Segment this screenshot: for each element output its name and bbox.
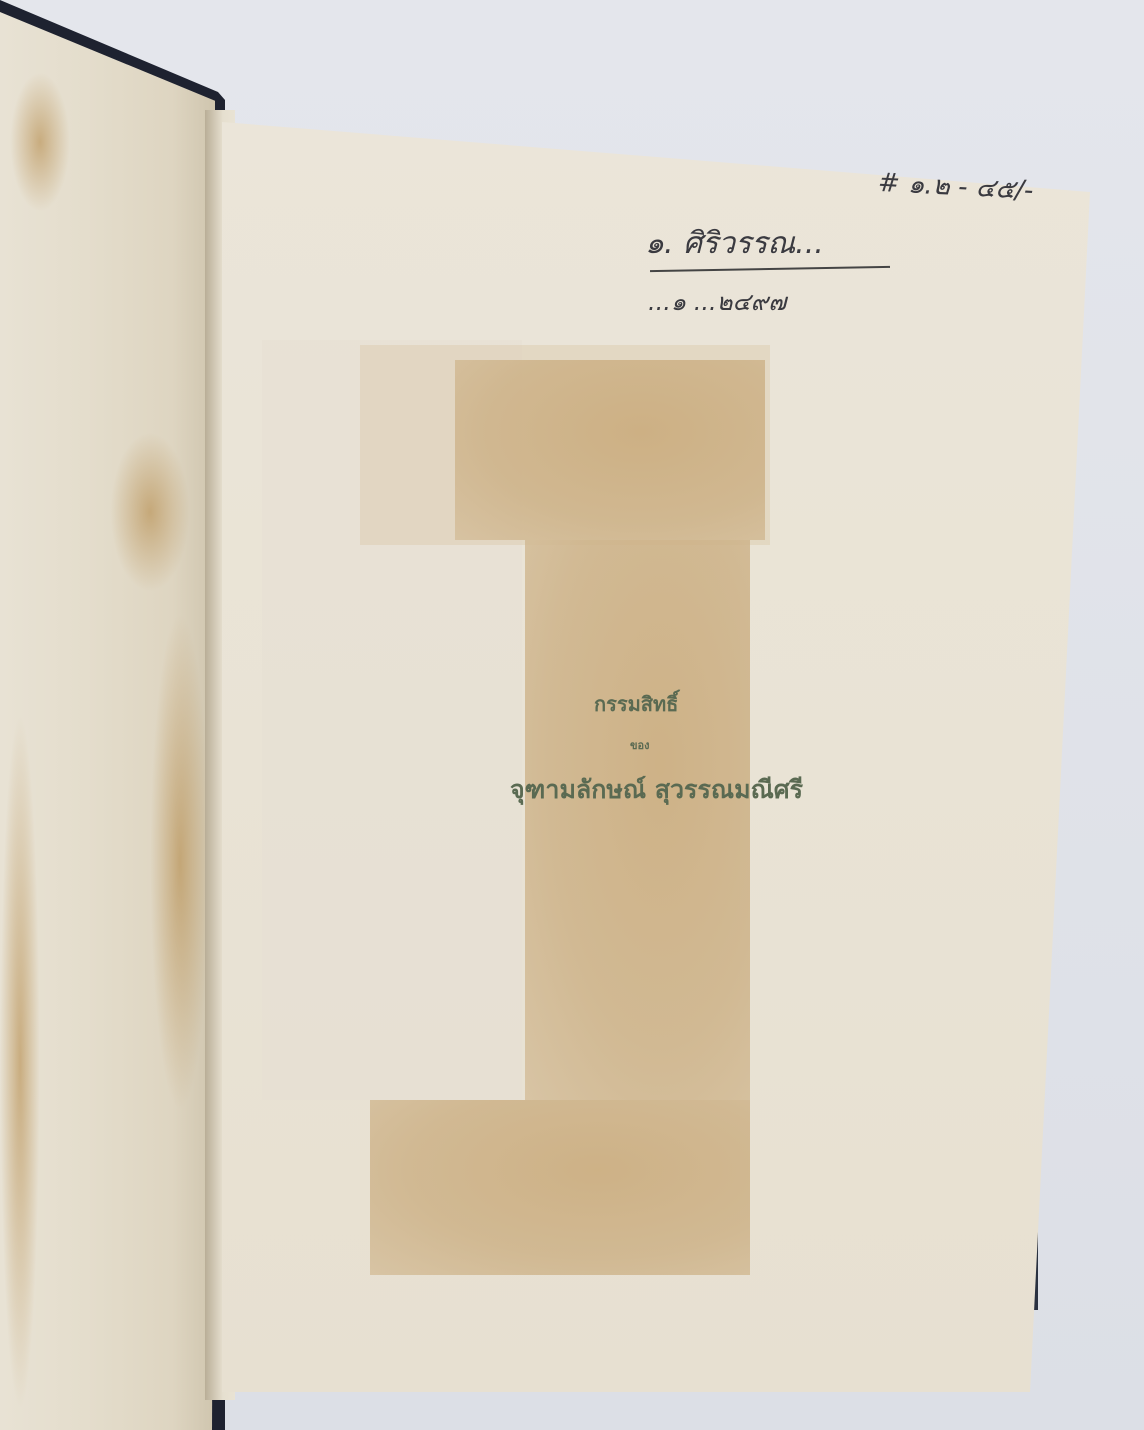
printed-ownership-label: กรรมสิทธิ์ [594,688,678,720]
price-note: # ๑.๒ - ๔๕/- [877,162,1034,211]
stain [110,432,190,592]
printed-of-label: ของ [630,736,650,754]
left-endpaper [0,12,215,1430]
stain [150,612,210,1112]
printed-owner-name: จุฑามลักษณ์ สุวรรณมณีศรี [510,770,803,810]
stain-column [525,540,750,1100]
handwritten-date: ...๑ ...๒๔๙๗ [648,282,786,321]
stain-bottom [370,1100,750,1275]
stain-top [455,360,765,540]
stain [10,72,70,212]
handwritten-name: ๑. ศิริวรรณ... [645,220,824,267]
stain [0,712,40,1412]
